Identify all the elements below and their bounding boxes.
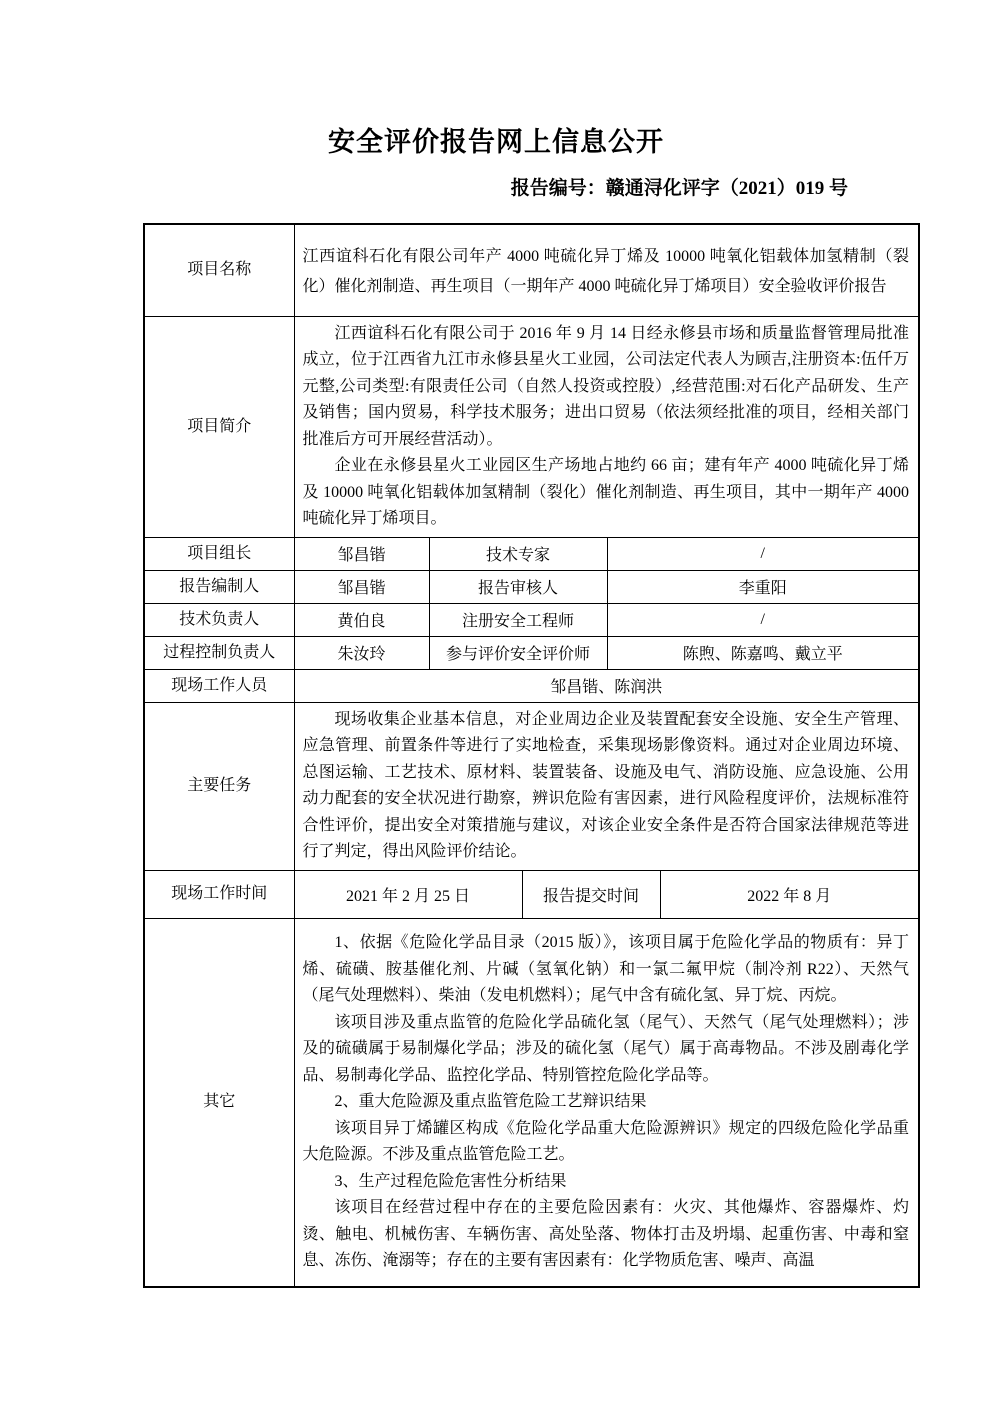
tech-lead-label: 技术负责人	[144, 603, 294, 636]
tech-expert-value: /	[607, 537, 919, 570]
other-paragraph: 该项目在经营过程中存在的主要危险因素有：火灾、其他爆炸、容器爆炸、灼烫、触电、机…	[303, 1195, 910, 1275]
table-row-process-control: 过程控制负责人 朱汝玲 参与评价安全评价师 陈煦、陈嘉鸣、戴立平	[144, 636, 919, 669]
main-tasks-paragraph: 现场收集企业基本信息，对企业周边企业及装置配套安全设施、安全生产管理、应急管理、…	[303, 707, 910, 866]
other-paragraph: 该项目涉及重点监管的危险化学品硫化氢（尾气）、天然气（尾气处理燃料）；涉及的硫磺…	[303, 1010, 910, 1090]
table-row-site-staff: 现场工作人员 邹昌锴、陈润洪	[144, 669, 919, 702]
other-label: 其它	[144, 918, 294, 1287]
other-paragraph: 3、生产过程危险危害性分析结果	[303, 1169, 910, 1196]
project-leader-label: 项目组长	[144, 537, 294, 570]
report-number: 报告编号：赣通浔化评字（2021）019 号	[0, 174, 992, 204]
project-name-value: 江西谊科石化有限公司年产 4000 吨硫化异丁烯及 10000 吨氧化铝载体加氢…	[294, 224, 919, 316]
other-value: 1、依据《危险化学品目录（2015 版）》，该项目属于危险化学品的物质有：异丁烯…	[294, 918, 919, 1287]
site-staff-label: 现场工作人员	[144, 669, 294, 702]
table-row-tech-lead: 技术负责人 黄伯良 注册安全工程师 /	[144, 603, 919, 636]
table-row-other: 其它 1、依据《危险化学品目录（2015 版）》，该项目属于危险化学品的物质有：…	[144, 918, 919, 1287]
table-row-project-leader: 项目组长 邹昌锴 技术专家 /	[144, 537, 919, 570]
report-author-value: 邹昌锴	[294, 570, 429, 603]
report-author-label: 报告编制人	[144, 570, 294, 603]
main-tasks-value: 现场收集企业基本信息，对企业周边企业及装置配套安全设施、安全生产管理、应急管理、…	[294, 702, 919, 870]
table-row-main-tasks: 主要任务 现场收集企业基本信息，对企业周边企业及装置配套安全设施、安全生产管理、…	[144, 702, 919, 870]
project-intro-label: 项目简介	[144, 316, 294, 537]
project-intro-paragraph: 企业在永修县星火工业园区生产场地占地约 66 亩；建有年产 4000 吨硫化异丁…	[303, 453, 910, 533]
work-time-label: 现场工作时间	[144, 870, 294, 918]
table-row-report-author: 报告编制人 邹昌锴 报告审核人 李重阳	[144, 570, 919, 603]
project-name-text: 江西谊科石化有限公司年产 4000 吨硫化异丁烯及 10000 吨氧化铝载体加氢…	[303, 242, 910, 302]
process-control-value: 朱汝玲	[294, 636, 429, 669]
site-staff-value: 邹昌锴、陈润洪	[294, 669, 919, 702]
other-paragraph: 该项目异丁烯罐区构成《危险化学品重大危险源辨识》规定的四级危险化学品重大危险源。…	[303, 1116, 910, 1169]
tech-lead-value: 黄伯良	[294, 603, 429, 636]
project-intro-paragraph: 江西谊科石化有限公司于 2016 年 9 月 14 日经永修县市场和质量监督管理…	[303, 321, 910, 454]
page-title: 安全评价报告网上信息公开	[0, 0, 992, 166]
project-intro-value: 江西谊科石化有限公司于 2016 年 9 月 14 日经永修县市场和质量监督管理…	[294, 316, 919, 537]
submit-time-value: 2022 年 8 月	[660, 870, 919, 918]
document-page: 安全评价报告网上信息公开 报告编号：赣通浔化评字（2021）019 号 项目名称…	[0, 0, 992, 1403]
evaluators-value: 陈煦、陈嘉鸣、戴立平	[607, 636, 919, 669]
table-row-project-name: 项目名称 江西谊科石化有限公司年产 4000 吨硫化异丁烯及 10000 吨氧化…	[144, 224, 919, 316]
safety-engineer-value: /	[607, 603, 919, 636]
other-paragraph: 2、重大危险源及重点监管危险工艺辩识结果	[303, 1089, 910, 1116]
work-time-value: 2021 年 2 月 25 日	[294, 870, 522, 918]
report-reviewer-value: 李重阳	[607, 570, 919, 603]
project-name-label: 项目名称	[144, 224, 294, 316]
safety-engineer-label: 注册安全工程师	[429, 603, 607, 636]
info-table: 项目名称 江西谊科石化有限公司年产 4000 吨硫化异丁烯及 10000 吨氧化…	[143, 223, 920, 1288]
table-row-work-time: 现场工作时间 2021 年 2 月 25 日 报告提交时间 2022 年 8 月	[144, 870, 919, 918]
process-control-label: 过程控制负责人	[144, 636, 294, 669]
project-leader-value: 邹昌锴	[294, 537, 429, 570]
table-row-project-intro: 项目简介 江西谊科石化有限公司于 2016 年 9 月 14 日经永修县市场和质…	[144, 316, 919, 537]
evaluators-label: 参与评价安全评价师	[429, 636, 607, 669]
tech-expert-label: 技术专家	[429, 537, 607, 570]
report-reviewer-label: 报告审核人	[429, 570, 607, 603]
other-paragraph: 1、依据《危险化学品目录（2015 版）》，该项目属于危险化学品的物质有：异丁烯…	[303, 930, 910, 1010]
main-tasks-label: 主要任务	[144, 702, 294, 870]
submit-time-label: 报告提交时间	[522, 870, 660, 918]
